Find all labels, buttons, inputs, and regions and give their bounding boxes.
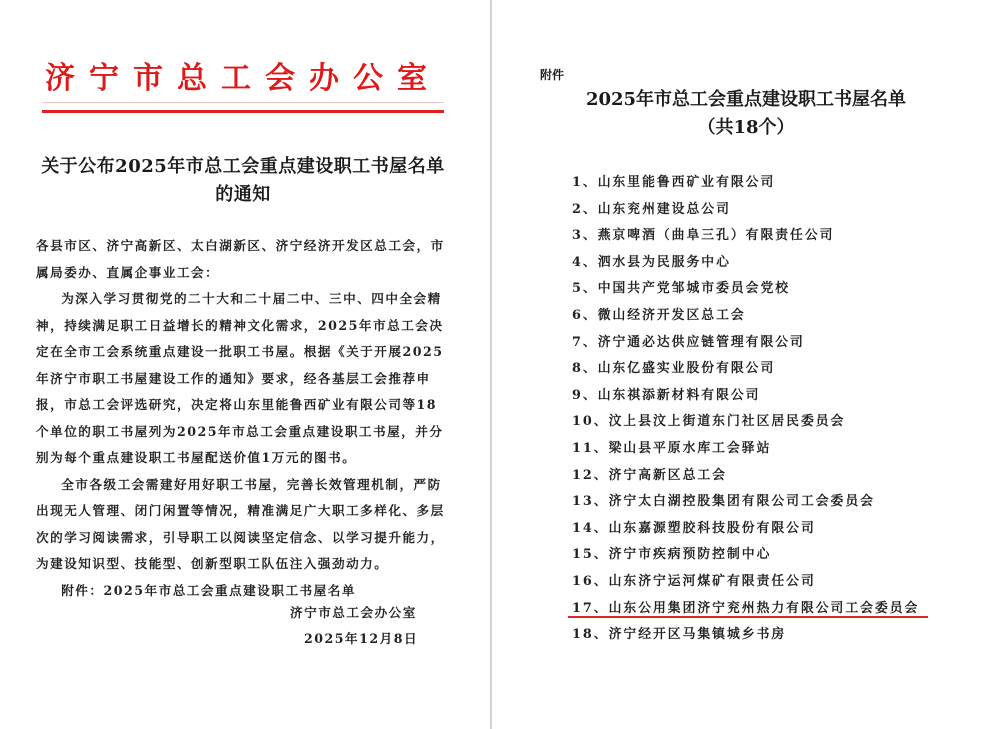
list-item: 18、济宁经开区马集镇城乡书房 bbox=[572, 622, 919, 649]
list-item: 11、梁山县平原水库工会驿站 bbox=[572, 436, 919, 463]
signature-org: 济宁市总工会办公室 bbox=[290, 600, 418, 626]
list-item: 7、济宁通必达供应链管理有限公司 bbox=[572, 330, 919, 357]
notice-body: 各县市区、济宁高新区、太白湖新区、济宁经济开发区总工会，市属局委办、直属企事业工… bbox=[36, 233, 446, 604]
notice-title: 关于公布2025年市总工会重点建设职工书屋名单的通知 bbox=[36, 153, 450, 209]
list-item: 1、山东里能鲁西矿业有限公司 bbox=[572, 170, 919, 197]
notice-page: 济宁市总工会办公室 关于公布2025年市总工会重点建设职工书屋名单的通知 各县市… bbox=[0, 0, 490, 729]
list-item: 12、济宁高新区总工会 bbox=[572, 463, 919, 490]
signature-block: 济宁市总工会办公室 2025年12月8日 bbox=[290, 600, 418, 652]
list-item: 14、山东嘉源塑胶科技股份有限公司 bbox=[572, 516, 919, 543]
list-item: 13、济宁太白湖控股集团有限公司工会委员会 bbox=[572, 489, 919, 516]
list-item: 6、微山经济开发区总工会 bbox=[572, 303, 919, 330]
list-item: 8、山东亿盛实业股份有限公司 bbox=[572, 356, 919, 383]
list-title-main: 2025年市总工会重点建设职工书屋名单 bbox=[536, 86, 956, 114]
list-item: 15、济宁市疾病预防控制中心 bbox=[572, 542, 919, 569]
letterhead-red-rule bbox=[42, 110, 444, 113]
body-paragraph-1: 为深入学习贯彻党的二十大和二十届二中、三中、四中全会精神，持续满足职工日益增长的… bbox=[36, 286, 446, 472]
attachment-label: 附件 bbox=[540, 66, 564, 83]
letterhead-title: 济宁市总工会办公室 bbox=[40, 62, 446, 96]
list-item: 16、山东济宁运河煤矿有限责任公司 bbox=[572, 569, 919, 596]
list-title-count: （共18个） bbox=[536, 114, 956, 142]
list-item: 5、中国共产党邹城市委员会党校 bbox=[572, 276, 919, 303]
list-title: 2025年市总工会重点建设职工书屋名单 （共18个） bbox=[536, 86, 956, 142]
highlight-underline bbox=[568, 616, 928, 618]
bookhouse-list: 1、山东里能鲁西矿业有限公司 2、山东兖州建设总公司 3、燕京啤酒（曲阜三孔）有… bbox=[572, 170, 919, 649]
list-item: 10、汶上县汶上街道东门社区居民委员会 bbox=[572, 409, 919, 436]
list-item: 4、泗水县为民服务中心 bbox=[572, 250, 919, 277]
list-item: 2、山东兖州建设总公司 bbox=[572, 197, 919, 224]
recipients: 各县市区、济宁高新区、太白湖新区、济宁经济开发区总工会，市属局委办、直属企事业工… bbox=[36, 233, 446, 286]
letterhead-thin-rule bbox=[42, 102, 444, 103]
list-item-highlighted: 17、山东公用集团济宁兖州热力有限公司工会委员会 bbox=[572, 596, 919, 623]
list-item: 3、燕京啤酒（曲阜三孔）有限责任公司 bbox=[572, 223, 919, 250]
body-paragraph-2: 全市各级工会需建好用好职工书屋，完善长效管理机制，严防出现无人管理、闭门闲置等情… bbox=[36, 472, 446, 578]
list-item: 9、山东祺添新材料有限公司 bbox=[572, 383, 919, 410]
signature-date: 2025年12月8日 bbox=[290, 626, 418, 652]
